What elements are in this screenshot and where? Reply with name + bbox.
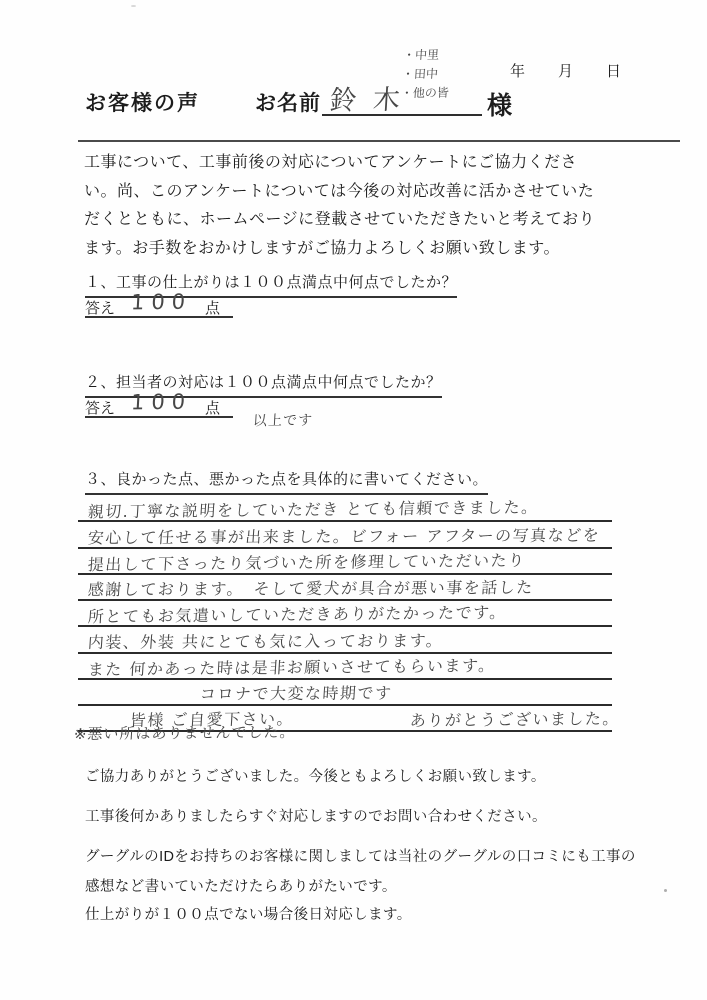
date-unit-year: 年 [510, 60, 525, 81]
question-3-answer-area: 親切.丁寧な説明をしていただき とても信頼できました。 安心して任せる事が出来ま… [78, 496, 612, 732]
footer-aftercare-paragraph: 工事後何かありましたらすぐ対応しますのでお問い合わせください。 [85, 802, 665, 832]
handwritten-line: 感謝しております。 そして愛犬が具合が悪い事を話した [78, 575, 612, 601]
header-divider [78, 140, 680, 142]
handwritten-no-bad-points-note: ※悪い所はありませんでした。 [73, 721, 296, 744]
answer-unit: 点 [205, 297, 220, 318]
handwritten-thanks: ありがとうございました。 [409, 706, 621, 731]
question-3-label: ３、良かった点、悪かった点を具体的に書いてください。 [85, 468, 488, 495]
date-unit-month: 月 [558, 60, 573, 81]
answer-label: 答え [85, 397, 115, 418]
handwritten-line: 安心して任せる事が出来ました。ビフォー アフターの写真などを [78, 522, 612, 548]
answer-2-handwritten-score: 100 [130, 390, 193, 415]
footer-google-review-paragraph: グーグルのIDをお持ちのお客様に関しましては当社のグーグルの口コミにも工事の 感… [85, 842, 665, 902]
question-2-answer-line: 答え 100 点 以上です [85, 397, 233, 418]
name-note: ・田中 [401, 65, 450, 85]
date-unit-day: 日 [606, 60, 621, 81]
name-honorific: 様 [487, 86, 512, 122]
name-handwritten-notes: ・中里 ・田中 ・他の皆 [400, 46, 451, 103]
answer-unit: 点 [205, 397, 220, 418]
name-note: ・中里 [403, 46, 452, 66]
handwritten-line: 所とてもお気遣いしていただきありがたかったです。 [78, 601, 612, 627]
handwritten-line: 内装、外装 共にとても気に入っております。 [78, 627, 612, 653]
page-title: お客様の声 [85, 87, 200, 117]
question-1-answer-line: 答え 100 点 [85, 297, 233, 318]
name-note: ・他の皆 [400, 84, 449, 104]
handwritten-line: 親切.丁寧な説明をしていただき とても信頼できました。 [78, 496, 612, 522]
footer-followup-paragraph: 仕上がりが１００点でない場合後日対応します。 [85, 900, 665, 930]
handwritten-line: コロナで大変な時期です [78, 680, 612, 706]
scan-speck [664, 889, 667, 892]
answer-2-handwritten-extra: 以上です [252, 410, 313, 431]
date-fields: 年 月 日 [510, 60, 621, 81]
customer-feedback-sheet: お客様の声 お名前 鈴木 ・中里 ・田中 ・他の皆 様 年 月 日 工事について… [0, 0, 707, 1000]
handwritten-line: また 何かあった時は是非お願いさせてもらいます。 [78, 654, 612, 680]
answer-1-handwritten-score: 100 [130, 290, 193, 315]
footer-thanks-paragraph: ご協力ありがとうございました。今後ともよろしくお願い致します。 [85, 762, 665, 792]
intro-paragraph: 工事について、工事前後の対応についてアンケートにご協力くださ い。尚、このアンケ… [84, 149, 674, 263]
answer-label: 答え [85, 297, 115, 318]
handwritten-line: 提出して下さったり気づいた所を修理していただいたり [78, 549, 612, 575]
scan-speck [131, 5, 136, 7]
name-label: お名前 [255, 87, 321, 117]
